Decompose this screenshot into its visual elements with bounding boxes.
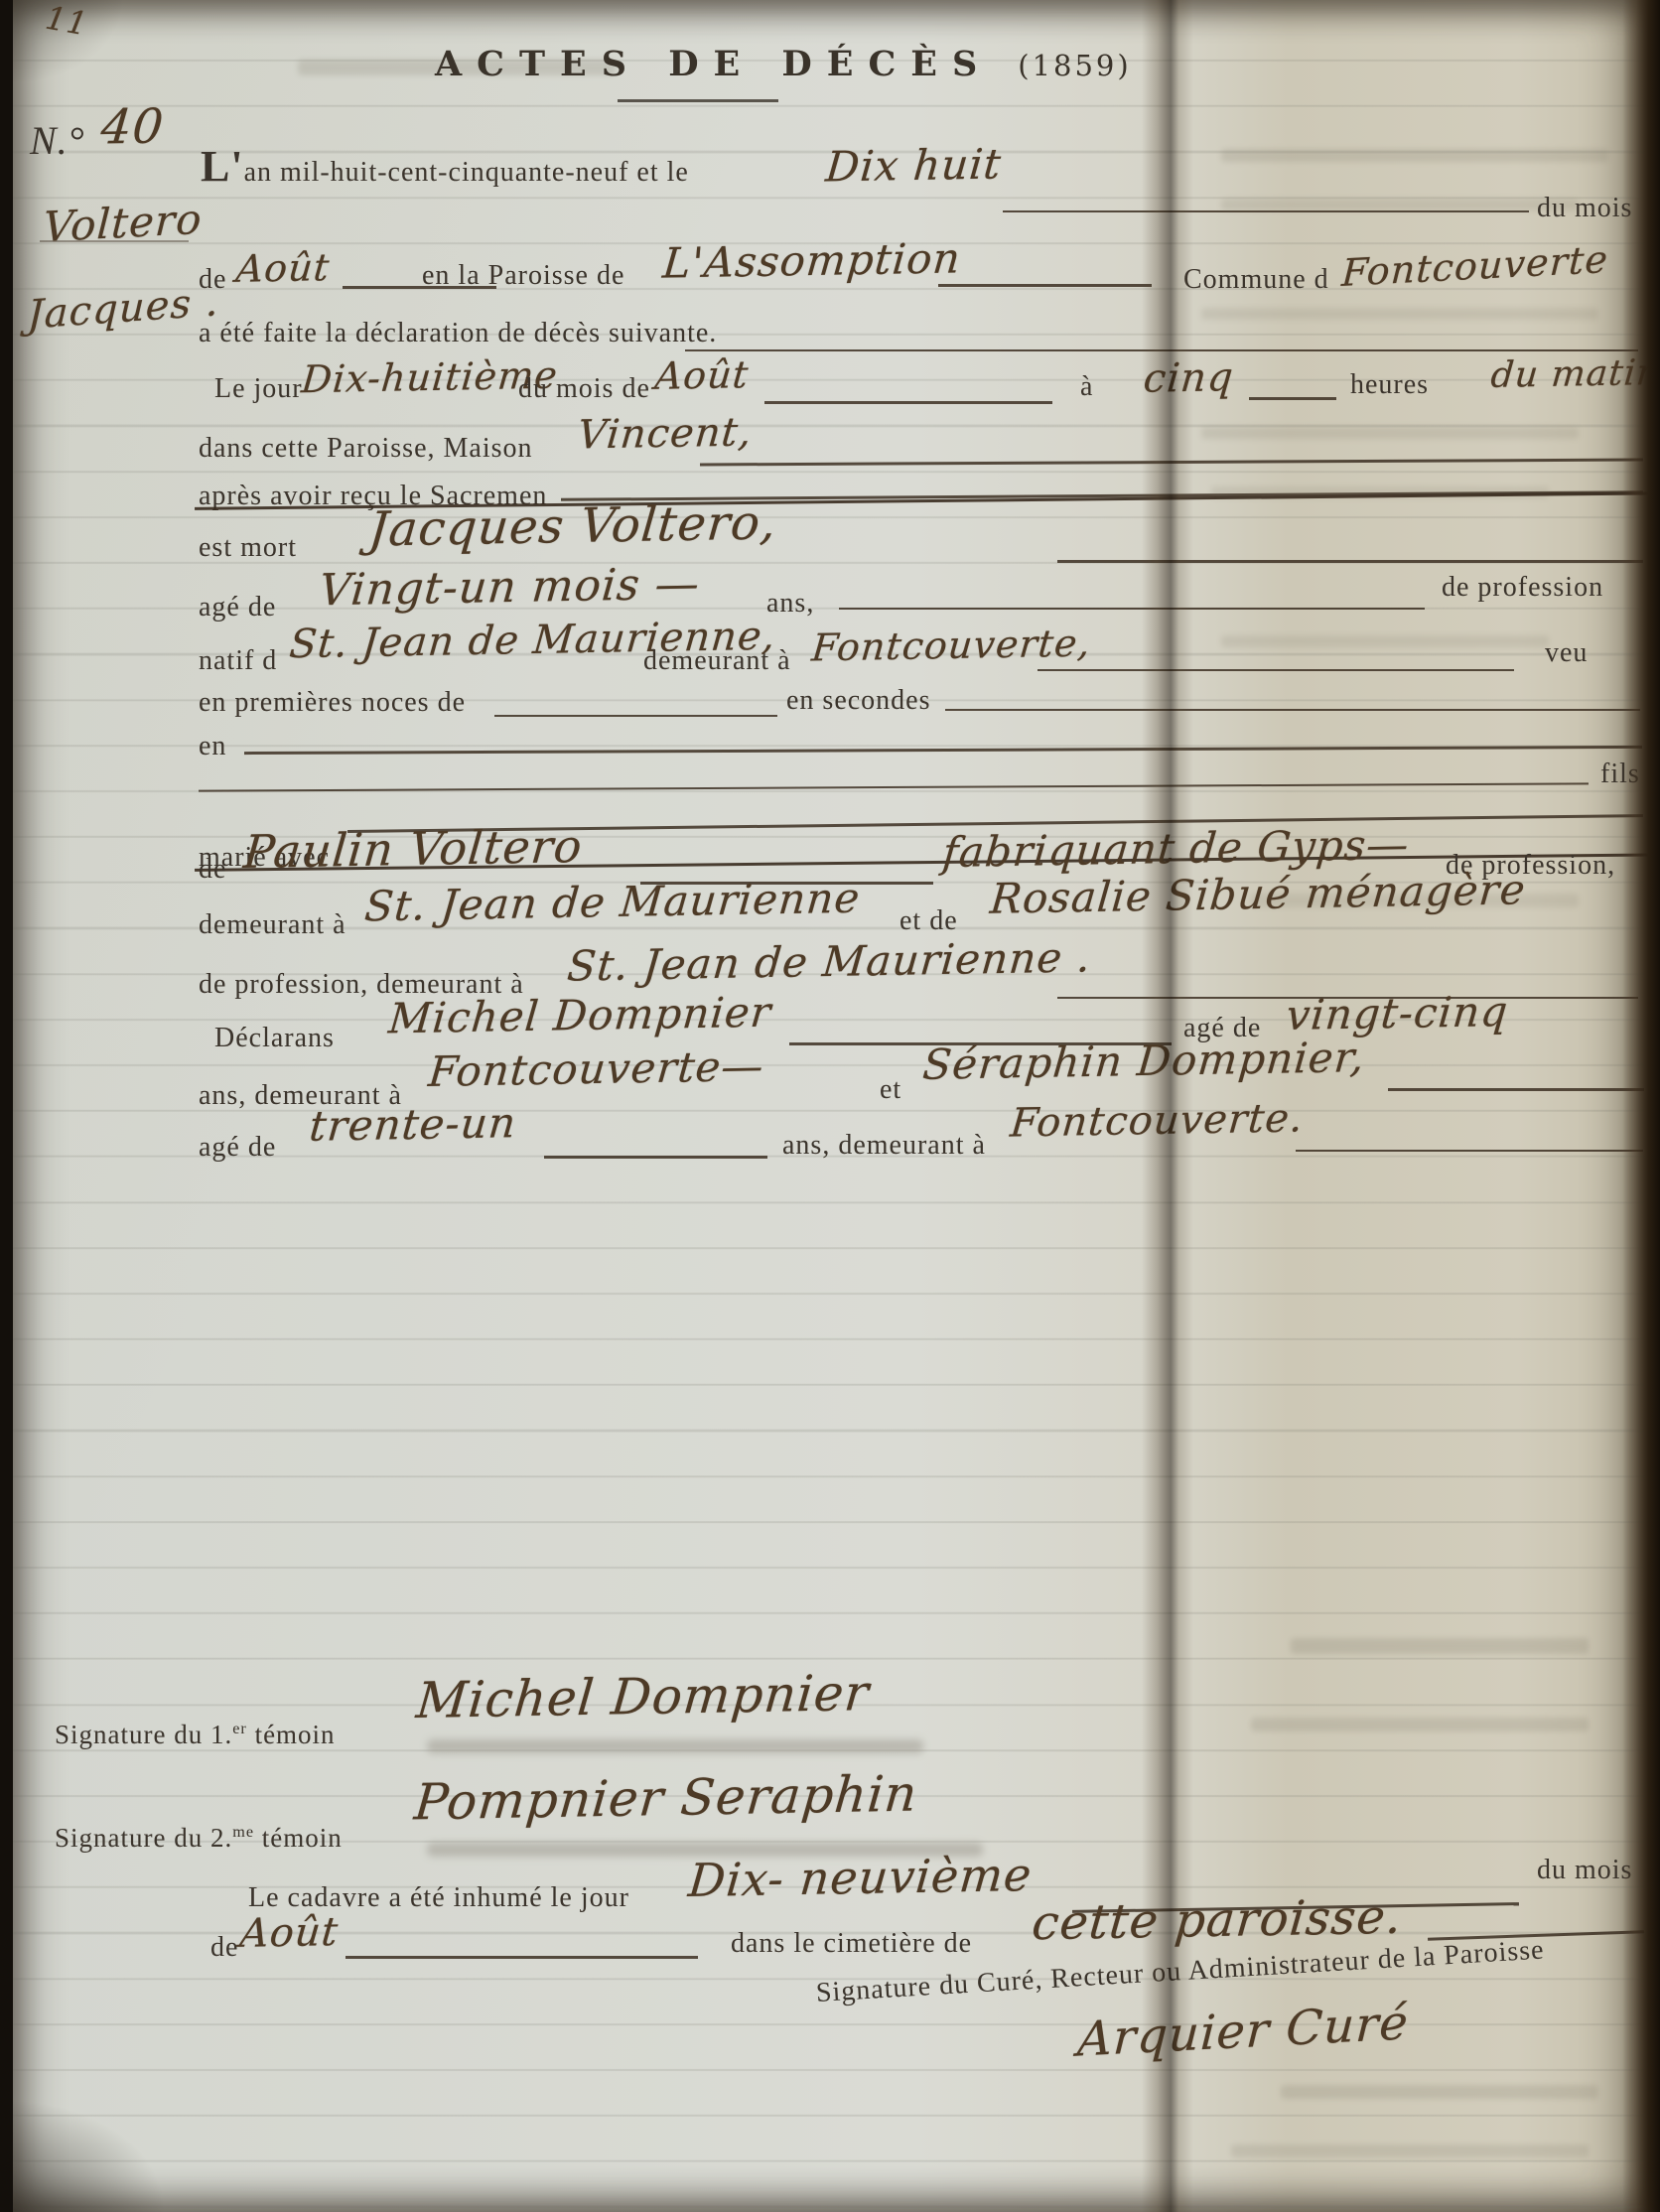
mother-name-hw: Rosalie Sibué ménagère: [988, 865, 1528, 922]
fill-rule: [544, 1156, 767, 1159]
witness2-age-hw: trente-un: [308, 1098, 519, 1151]
fill-rule: [839, 608, 1425, 610]
fill-rule: [1057, 560, 1643, 563]
deceased-name-hw: Jacques Voltero,: [366, 494, 779, 557]
act-line2-de: de: [199, 264, 226, 296]
burial-de-label: de: [210, 1932, 238, 1964]
bleed-through-smear: [1231, 2144, 1589, 2157]
margin-deceased-surname: Voltero: [42, 195, 204, 251]
fill-rule: [1249, 397, 1336, 400]
profession-label: de profession: [1442, 572, 1603, 604]
death-hour-hw: cinq: [1142, 354, 1236, 402]
act-line1: L'an mil-huit-cent-cinquante-neuf et le: [201, 141, 689, 192]
witness2-label-sup: me: [232, 1823, 254, 1841]
page-title: ACTES DE DÉCÈS: [435, 44, 992, 84]
witness1-age-hw: vingt-cinq: [1285, 987, 1511, 1039]
natif-label: natif d: [199, 645, 277, 677]
father-name-hw: Paulin Voltero: [241, 819, 585, 879]
bleed-through-smear: [1201, 427, 1579, 439]
a-label: à: [1080, 371, 1093, 403]
fill-rule: [1388, 1088, 1644, 1091]
demeurant2-label: demeurant à: [199, 909, 346, 941]
act-line3: a été faite la déclaration de décès suiv…: [199, 318, 717, 349]
death-day-number-hw: Dix huit: [824, 139, 1004, 191]
bleed-through-smear: [1201, 308, 1598, 320]
page-title-year: (1859): [1018, 49, 1131, 82]
cemetery-hw: cette paroisse.: [1030, 1889, 1405, 1951]
demeurant-label: demeurant à: [643, 645, 791, 677]
fill-rule: [945, 709, 1640, 711]
bleed-through-smear: [1221, 149, 1608, 162]
parish-name-hw: L'Assomption: [661, 233, 963, 287]
estmort-label: est mort: [199, 532, 297, 564]
witness1-signature-hw: Michel Dompnier: [414, 1664, 872, 1729]
act-line1-du-mois: du mois: [1537, 193, 1632, 224]
record-number-label: N.°: [30, 117, 85, 164]
age-hw: Vingt-un mois —: [317, 559, 702, 617]
premieres-noces-label: en premières noces de: [199, 687, 466, 719]
fill-rule: [346, 1956, 698, 1959]
house-name-hw: Vincent,: [576, 409, 755, 458]
commune-label: Commune d: [1183, 264, 1329, 296]
death-month2-hw: Août: [653, 352, 751, 398]
burial-day-hw: Dix- neuvième: [686, 1848, 1034, 1907]
act-line1-text: an mil-huit-cent-cinquante-neuf et le: [244, 157, 689, 188]
death-month-hw: Août: [234, 245, 332, 291]
witness1-name-hw: Michel Dompnier: [387, 988, 774, 1043]
de-label: de: [199, 854, 226, 886]
parish-label: en la Paroisse de: [422, 260, 624, 292]
margin-corner-mark: 11: [43, 0, 91, 43]
etde-label: et de: [899, 905, 958, 937]
bleed-through-smear: [1291, 1638, 1589, 1654]
scanned-register-page: ACTES DE DÉCÈS (1859) 11 N.° 40 Voltero …: [0, 0, 1660, 2212]
veu-label: veu: [1545, 637, 1588, 669]
bleed-through-smear: [1281, 2085, 1598, 2099]
burial-month-hw: Août: [238, 1909, 341, 1957]
fill-rule: [685, 349, 1638, 351]
declarans-label: Déclarans: [214, 1023, 335, 1054]
burial-du-mois-label: du mois: [1537, 1855, 1632, 1886]
agede-label: agé de: [199, 592, 276, 623]
witness2-signature-label: Signature du 2.me témoin: [55, 1823, 343, 1854]
witness2-signature-hw: Pompnier Seraphin: [412, 1765, 920, 1832]
en-label: en: [199, 731, 226, 762]
witness1-residence-hw: Fontcouverte—: [427, 1041, 766, 1096]
heures-label: heures: [1350, 369, 1429, 401]
scan-left-border: [0, 0, 13, 2212]
cemetery-label: dans le cimetière de: [731, 1928, 972, 1960]
bleed-through-smear: [1251, 1718, 1589, 1731]
act-line5: dans cette Paroisse, Maison: [199, 433, 533, 465]
fill-rule: [764, 401, 1052, 404]
bleed-through-smear: [1221, 635, 1549, 647]
et-label: et: [880, 1074, 901, 1106]
ans-demeurant2-label: ans, demeurant à: [782, 1130, 986, 1162]
father-residence-hw: St. Jean de Maurienne: [362, 874, 862, 931]
book-fore-edge: [1622, 0, 1660, 2212]
secondes-label: en secondes: [786, 685, 931, 717]
fill-rule: [494, 715, 777, 717]
page-header: ACTES DE DÉCÈS (1859): [435, 44, 1132, 84]
witness2-label-suffix: témoin: [254, 1823, 343, 1853]
witness2-label-prefix: Signature du 2.: [55, 1823, 232, 1853]
mother-residence-hw: St. Jean de Maurienne .: [565, 932, 1093, 990]
witness1-label-prefix: Signature du 1.: [55, 1720, 232, 1749]
ink-smear: [427, 1739, 923, 1753]
title-underline: [618, 99, 778, 102]
fill-rule: [938, 284, 1152, 287]
fill-rule: [1037, 669, 1514, 671]
witness1-signature-label: Signature du 1.er témoin: [55, 1720, 336, 1750]
dumoisde-label: du mois de: [518, 373, 650, 405]
witness1-label-sup: er: [232, 1720, 247, 1737]
lejour-label: Le jour: [214, 373, 303, 405]
fill-rule: [1296, 1150, 1643, 1152]
witness1-label-suffix: témoin: [247, 1720, 336, 1749]
bleed-through-smear: [1221, 199, 1579, 210]
record-number: 40: [98, 98, 166, 155]
witness2-name-hw: Séraphin Dompnier,: [920, 1033, 1366, 1089]
agede3-label: agé de: [199, 1132, 276, 1164]
fill-rule: [1003, 210, 1529, 212]
residence-hw: Fontcouverte,: [810, 622, 1093, 670]
act-line1-initial: L': [201, 142, 244, 191]
witness2-residence-hw: Fontcouverte.: [1009, 1095, 1306, 1146]
